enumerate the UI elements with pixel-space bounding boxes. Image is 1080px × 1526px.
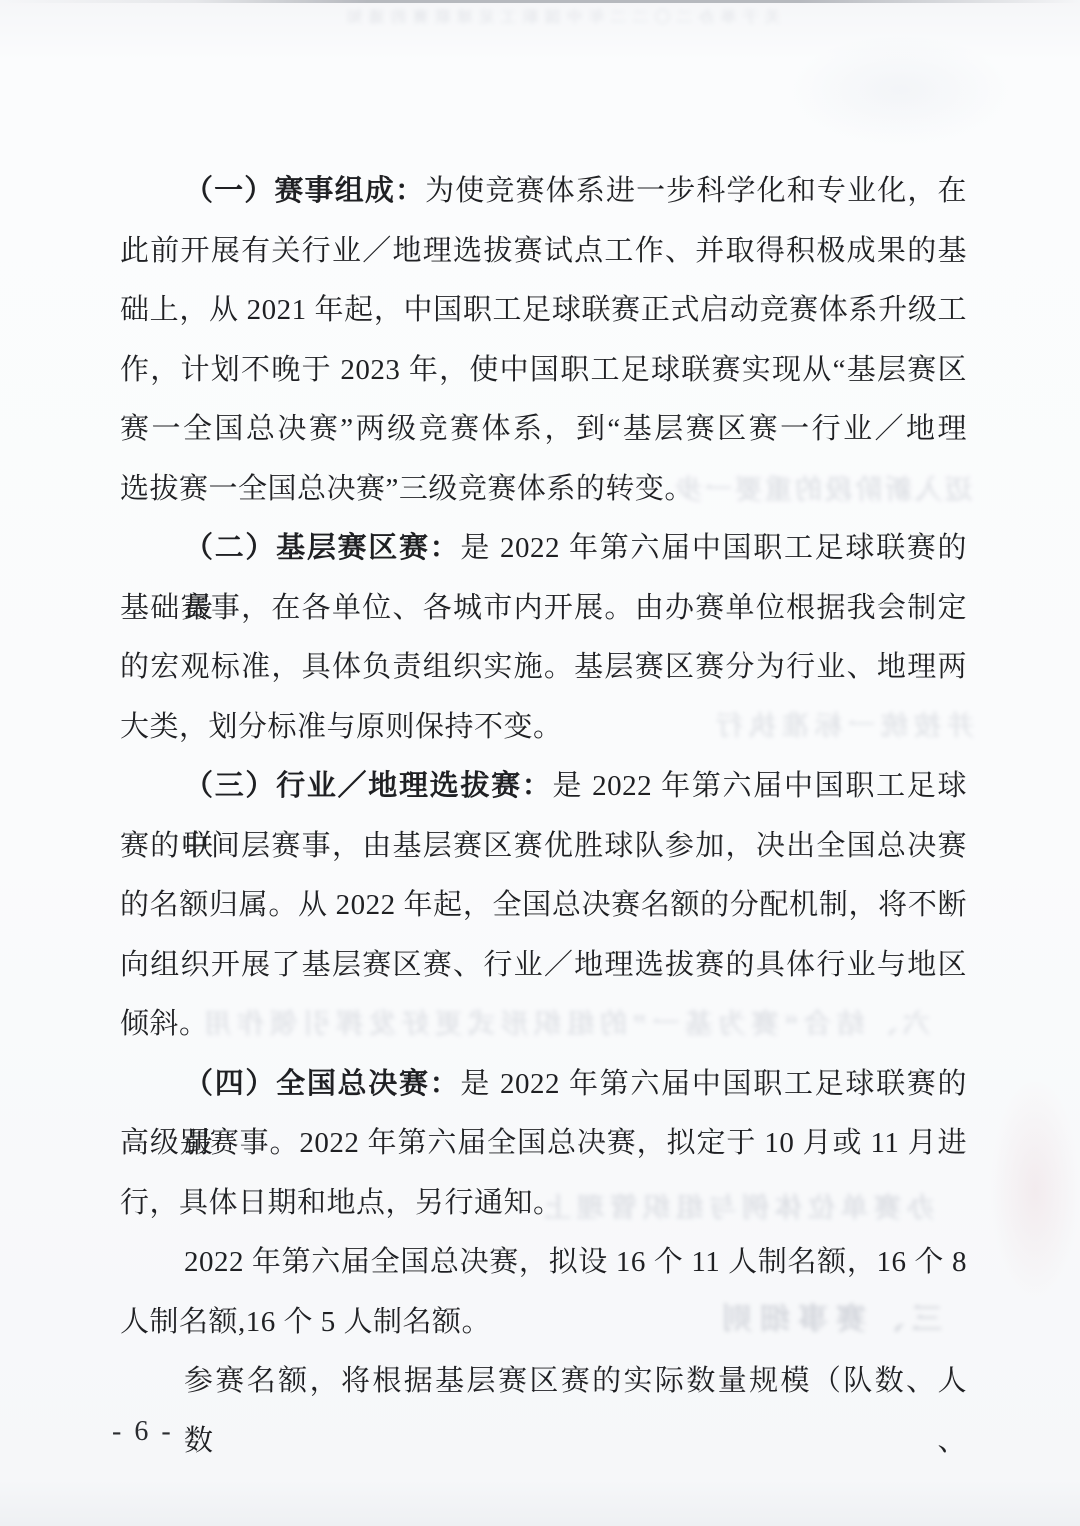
scanned-document-page: 关于举办二〇二二年中国职工足球联赛的通知迈入新阶段的重要一步并按统一标准执行六、… (0, 0, 1080, 1526)
text-line: （三）行业／地理选拔赛：是 2022 年第六届中国职工足球联 (120, 757, 967, 817)
text-line: 作，计划不晚于 2023 年，使中国职工足球联赛实现从“基层赛区 (120, 341, 967, 401)
scan-smudge (790, 35, 1010, 145)
paragraph-heading: （四）全国总决赛： (184, 1068, 460, 1100)
text-line: （一）赛事组成：为使竞赛体系进一步科学化和专业化，在 (120, 162, 967, 222)
paragraph-heading: （一）赛事组成： (184, 175, 425, 207)
text-line: 础上，从 2021 年起，中国职工足球联赛正式启动竞赛体系升级工 (120, 281, 967, 341)
text-line: 倾斜。 (120, 995, 967, 1055)
scan-smudge (990, 1080, 1080, 1300)
page-number: - 6 - (112, 1416, 174, 1448)
text-line: 的名额归属。从 2022 年起，全国总决赛名额的分配机制，将不断 (120, 876, 967, 936)
text-line: 人制名额,16 个 5 人制名额。 (120, 1293, 967, 1353)
text-line: 赛的中间层赛事，由基层赛区赛优胜球队参加，决出全国总决赛 (120, 817, 967, 877)
paragraph-heading: （三）行业／地理选拔赛： (184, 770, 553, 802)
paragraph-heading: （二）基层赛区赛： (184, 532, 460, 564)
text-line: （四）全国总决赛：是 2022 年第六届中国职工足球联赛的最 (120, 1055, 967, 1115)
scan-top-edge (0, 0, 1080, 3)
text-line: 高级别赛事。2022 年第六届全国总决赛，拟定于 10 月或 11 月进 (120, 1114, 967, 1174)
text-line: （二）基层赛区赛：是 2022 年第六届中国职工足球联赛的最 (120, 519, 967, 579)
bleedthrough-text: 关于举办二〇二二年中国职工足球联赛的通知 (340, 6, 780, 27)
text-line: 2022 年第六届全国总决赛，拟设 16 个 11 人制名额，16 个 8 (120, 1233, 967, 1293)
text-line: 基础赛事，在各单位、各城市内开展。由办赛单位根据我会制定 (120, 579, 967, 639)
text-line: 赛一全国总决赛”两级竞赛体系，到“基层赛区赛一行业／地理 (120, 400, 967, 460)
text-line: 参赛名额，将根据基层赛区赛的实际数量规模（队数、人数、 (120, 1352, 967, 1412)
text-line: 行，具体日期和地点，另行通知。 (120, 1174, 967, 1234)
text-line: 向组织开展了基层赛区赛、行业／地理选拔赛的具体行业与地区 (120, 936, 967, 996)
document-body: （一）赛事组成：为使竞赛体系进一步科学化和专业化，在此前开展有关行业／地理选拔赛… (120, 162, 967, 1412)
text-line: 大类，划分标准与原则保持不变。 (120, 698, 967, 758)
text-line: 的宏观标准，具体负责组织实施。基层赛区赛分为行业、地理两 (120, 638, 967, 698)
text-line: 选拔赛一全国总决赛”三级竞赛体系的转变。 (120, 460, 967, 520)
text-line: 此前开展有关行业／地理选拔赛试点工作、并取得积极成果的基 (120, 222, 967, 282)
